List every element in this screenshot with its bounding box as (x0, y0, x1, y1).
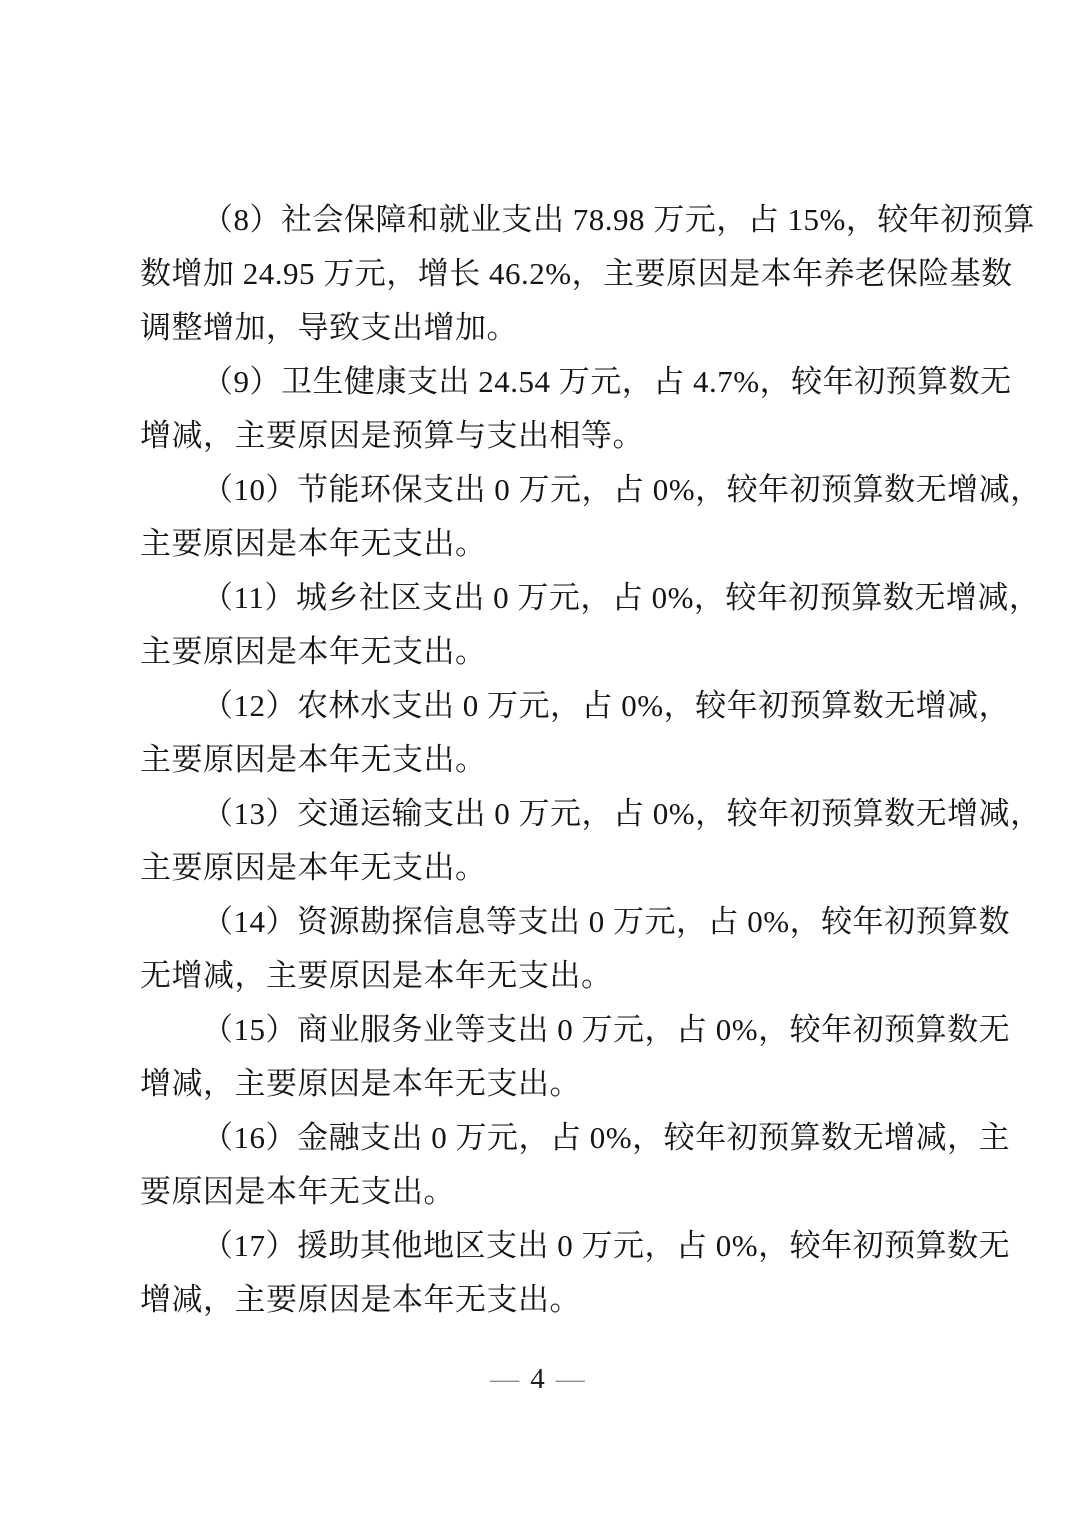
text-line: 数增加 24.95 万元，增长 46.2%，主要原因是本年养老保险基数 (140, 247, 936, 301)
text-line: 主要原因是本年无支出。 (140, 517, 936, 571)
text-line: （17）援助其他地区支出 0 万元，占 0%，较年初预算数无 (140, 1219, 936, 1273)
text-line: 无增减，主要原因是本年无支出。 (140, 949, 936, 1003)
text-line: 主要原因是本年无支出。 (140, 625, 936, 679)
document-page: （8）社会保障和就业支出 78.98 万元，占 15%，较年初预算 数增加 24… (0, 0, 1075, 1520)
text-line: （8）社会保障和就业支出 78.98 万元，占 15%，较年初预算 (140, 193, 936, 247)
text-line: 主要原因是本年无支出。 (140, 733, 936, 787)
text-line: 主要原因是本年无支出。 (140, 841, 936, 895)
text-line: （9）卫生健康支出 24.54 万元，占 4.7%，较年初预算数无 (140, 355, 936, 409)
text-line: （14）资源勘探信息等支出 0 万元，占 0%，较年初预算数 (140, 895, 936, 949)
paragraph-8: （8）社会保障和就业支出 78.98 万元，占 15%，较年初预算 数增加 24… (140, 193, 936, 355)
text-line: 调整增加，导致支出增加。 (140, 301, 936, 355)
text-line: （11）城乡社区支出 0 万元，占 0%，较年初预算数无增减， (140, 571, 936, 625)
paragraph-13: （13）交通运输支出 0 万元，占 0%，较年初预算数无增减， 主要原因是本年无… (140, 787, 936, 895)
text-line: （10）节能环保支出 0 万元，占 0%，较年初预算数无增减， (140, 463, 936, 517)
paragraph-14: （14）资源勘探信息等支出 0 万元，占 0%，较年初预算数 无增减，主要原因是… (140, 895, 936, 1003)
paragraph-10: （10）节能环保支出 0 万元，占 0%，较年初预算数无增减， 主要原因是本年无… (140, 463, 936, 571)
text-line: （12）农林水支出 0 万元，占 0%，较年初预算数无增减， (140, 679, 936, 733)
paragraph-17: （17）援助其他地区支出 0 万元，占 0%，较年初预算数无 增减，主要原因是本… (140, 1219, 936, 1327)
text-line: 增减，主要原因是本年无支出。 (140, 1057, 936, 1111)
footer-dash-right: — (556, 1362, 585, 1396)
page-footer: — 4 — (0, 1362, 1075, 1396)
paragraph-9: （9）卫生健康支出 24.54 万元，占 4.7%，较年初预算数无 增减，主要原… (140, 355, 936, 463)
text-line: 要原因是本年无支出。 (140, 1165, 936, 1219)
page-number: 4 (530, 1362, 545, 1396)
paragraph-15: （15）商业服务业等支出 0 万元，占 0%，较年初预算数无 增减，主要原因是本… (140, 1003, 936, 1111)
paragraph-16: （16）金融支出 0 万元，占 0%，较年初预算数无增减，主 要原因是本年无支出… (140, 1111, 936, 1219)
footer-dash-left: — (490, 1362, 519, 1396)
paragraph-11: （11）城乡社区支出 0 万元，占 0%，较年初预算数无增减， 主要原因是本年无… (140, 571, 936, 679)
text-line: （16）金融支出 0 万元，占 0%，较年初预算数无增减，主 (140, 1111, 936, 1165)
text-line: 增减，主要原因是预算与支出相等。 (140, 409, 936, 463)
text-line: （13）交通运输支出 0 万元，占 0%，较年初预算数无增减， (140, 787, 936, 841)
text-line: 增减，主要原因是本年无支出。 (140, 1273, 936, 1327)
text-line: （15）商业服务业等支出 0 万元，占 0%，较年初预算数无 (140, 1003, 936, 1057)
document-body: （8）社会保障和就业支出 78.98 万元，占 15%，较年初预算 数增加 24… (140, 193, 936, 1327)
paragraph-12: （12）农林水支出 0 万元，占 0%，较年初预算数无增减， 主要原因是本年无支… (140, 679, 936, 787)
